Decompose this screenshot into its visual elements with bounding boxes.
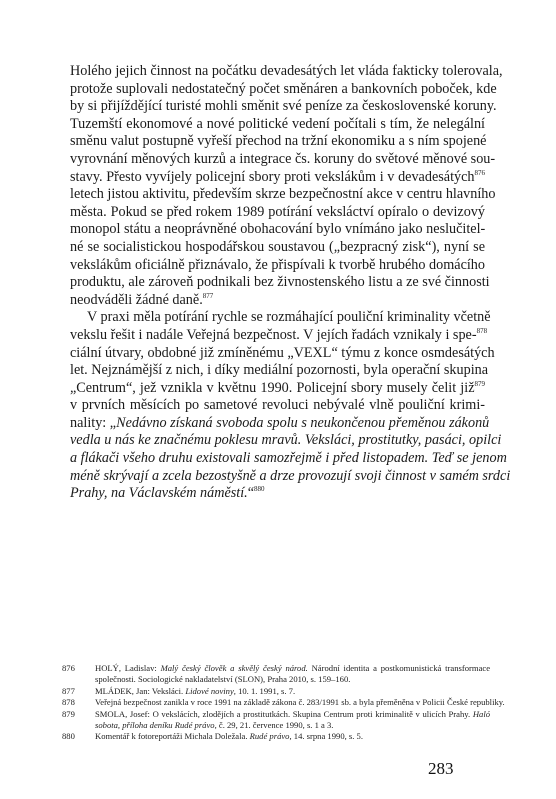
footnote-line: MLÁDEK, Jan: Veksláci. Lidové noviny, 10…	[95, 686, 490, 697]
italic-text: sobota, příloha deníku Rudé právo	[95, 720, 215, 730]
text-line: Tuzemští ekonomové a nové politické vede…	[70, 116, 485, 134]
text-line: a flákači všeho druhu existovali samozře…	[70, 450, 485, 468]
italic-text: a flákači všeho druhu existovali samozře…	[70, 450, 507, 466]
text-line: „Centrum“, jež vznikla v květnu 1990. Po…	[70, 380, 485, 398]
footnote: 879SMOLA, Josef: O vekslácích, zlodějích…	[62, 709, 490, 732]
body-text: Holého jejich činnost na počátku devades…	[70, 63, 485, 503]
text-line: města. Pokud se před rokem 1989 potírání…	[70, 204, 485, 222]
italic-text: méně skrývají a zcela bezostyšně a drze …	[70, 468, 510, 484]
footnote-number: 879	[62, 709, 95, 732]
text-line: vekslu řešit i nadále Veřejná bezpečnost…	[70, 327, 485, 345]
italic-text: Malý český člověk a skvělý český národ.	[161, 663, 308, 673]
footnote-ref[interactable]: 878	[477, 327, 488, 335]
text-line: nality: „Nedávno získaná svoboda spolu s…	[70, 415, 485, 433]
text-line: vekslákům oficiálně přiznávalo, že přisp…	[70, 257, 485, 275]
footnote-text: Veřejná bezpečnost zanikla v roce 1991 n…	[95, 697, 505, 708]
italic-text: Haló	[473, 709, 490, 719]
footnote-text: SMOLA, Josef: O vekslácích, zlodějích a …	[95, 709, 490, 732]
text-line: by si přijíždějící turisté mohli směnit …	[70, 98, 485, 116]
footnote-number: 876	[62, 663, 95, 686]
text-line: Prahy, na Václavském náměstí.“880	[70, 485, 485, 503]
footnote-line: HOLÝ, Ladislav: Malý český člověk a skvě…	[95, 663, 490, 674]
italic-text: vedla u nás ke značnému poklesu mravů. V…	[70, 432, 501, 448]
paragraph: Holého jejich činnost na počátku devades…	[70, 63, 485, 309]
footnote-ref[interactable]: 876	[475, 169, 486, 177]
footnote-line: sobota, příloha deníku Rudé právo, č. 29…	[95, 720, 490, 731]
footnote-line: společnosti. Sociologické nakladatelství…	[95, 674, 490, 685]
footnote-text: HOLÝ, Ladislav: Malý český člověk a skvě…	[95, 663, 490, 686]
footnote-number: 880	[62, 731, 95, 742]
italic-text: Rudé právo	[250, 731, 290, 741]
text-line: protože suplovali nedostatečný počet smě…	[70, 81, 485, 99]
paragraph: V praxi měla potírání rychle se rozmáhaj…	[70, 309, 485, 503]
text-line: neodváděli žádné daně.877	[70, 292, 485, 310]
text-line: Holého jejich činnost na počátku devades…	[70, 63, 485, 81]
footnote: 880Komentář k fotoreportáži Michala Dole…	[62, 731, 490, 742]
text-line: V praxi měla potírání rychle se rozmáhaj…	[70, 309, 485, 327]
text-line: stavy. Přesto vyvíjely policejní sbory p…	[70, 169, 485, 187]
footnote-ref[interactable]: 880	[254, 485, 265, 493]
footnote-line: Veřejná bezpečnost zanikla v roce 1991 n…	[95, 697, 505, 708]
footnotes: 876HOLÝ, Ladislav: Malý český člověk a s…	[62, 663, 490, 743]
text-line: ciální útvary, obdobné již zmíněnému „VE…	[70, 345, 485, 363]
italic-text: Lidové noviny	[185, 686, 233, 696]
text-line: monopol státu a neoprávněné obohacování …	[70, 221, 485, 239]
footnote-number: 877	[62, 686, 95, 697]
footnote-line: Komentář k fotoreportáži Michala Doležal…	[95, 731, 490, 742]
italic-text: Nedávno získaná svoboda spolu s neukonče…	[116, 415, 489, 431]
footnote-line: SMOLA, Josef: O vekslácích, zlodějích a …	[95, 709, 490, 720]
text-line: produktu, ale zároveň podnikali bez živn…	[70, 274, 485, 292]
text-line: né se socialistickou hospodářskou sousta…	[70, 239, 485, 257]
footnote: 877MLÁDEK, Jan: Veksláci. Lidové noviny,…	[62, 686, 490, 697]
footnote: 876HOLÝ, Ladislav: Malý český člověk a s…	[62, 663, 490, 686]
text-line: směnu valut postupně vyřeší přechod na t…	[70, 133, 485, 151]
page-number: 283	[428, 759, 454, 779]
footnote-text: MLÁDEK, Jan: Veksláci. Lidové noviny, 10…	[95, 686, 490, 697]
footnote-text: Komentář k fotoreportáži Michala Doležal…	[95, 731, 490, 742]
text-line: vedla u nás ke značnému poklesu mravů. V…	[70, 432, 485, 450]
text-line: v prvních měsících po sametové revoluci …	[70, 397, 485, 415]
text-line: letech jistou aktivitu, především skrze …	[70, 186, 485, 204]
text-line: let. Nejznámější z nich, i díky mediální…	[70, 362, 485, 380]
text-line: méně skrývají a zcela bezostyšně a drze …	[70, 468, 485, 486]
footnote-ref[interactable]: 877	[203, 292, 214, 300]
footnote-number: 878	[62, 697, 95, 708]
text-line: vyrovnání měnových kurzů a integrace čs.…	[70, 151, 485, 169]
footnote-ref[interactable]: 879	[475, 380, 486, 388]
footnote: 878Veřejná bezpečnost zanikla v roce 199…	[62, 697, 490, 708]
book-page: Holého jejich činnost na počátku devades…	[0, 0, 556, 799]
italic-text: Prahy, na Václavském náměstí.	[70, 485, 248, 501]
